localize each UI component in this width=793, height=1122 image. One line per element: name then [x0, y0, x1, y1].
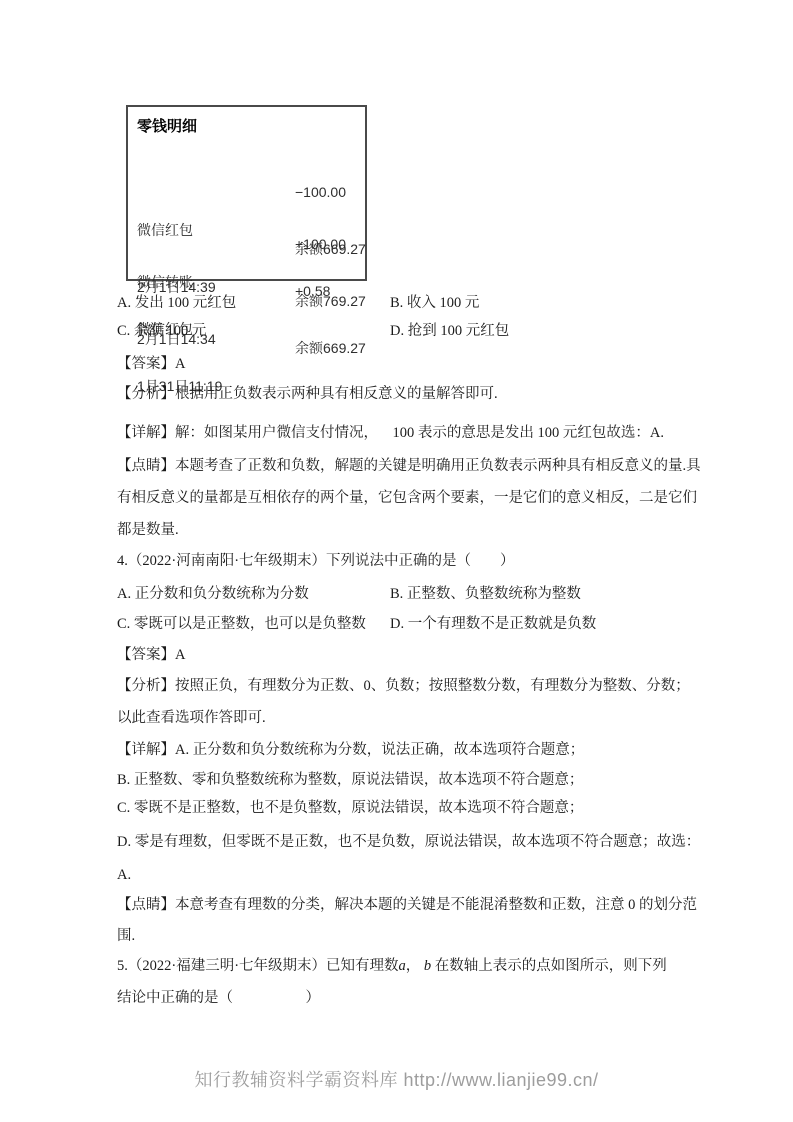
wechat-balance-panel: 零钱明细 微信红包 2月1日14:39 −100.00 余额669.27 微信转…	[126, 105, 367, 281]
q3-note-line: 【点睛】本题考查了正数和负数，解题的关键是明确用正负数表示两种具有相反意义的量.…	[117, 458, 701, 475]
q4-detail-line: A.	[117, 867, 131, 884]
q3-answer-line: 【答案】A	[117, 356, 185, 373]
q5-question-post: 在数轴上表示的点如图所示，则下列	[431, 958, 667, 974]
q4-note-line: 围.	[117, 928, 135, 945]
q3-option-c: C. 余额 100 元	[117, 323, 206, 340]
q5-question-pre: 5.（2022·福建三明·七年级期末）已知有理数	[117, 958, 399, 974]
q4-detail-line: 【详解】A. 正分数和负分数统称为分数，说法正确，故本选项符合题意；	[117, 742, 584, 759]
q4-detail-line: B. 正整数、零和负整数统称为整数，原说法错误，故本选项不符合题意；	[117, 772, 583, 789]
q3-detail-line: 【详解】解：如图某用户微信支付情况， 100 表示的意思是发出 100 元红包故…	[117, 425, 664, 442]
q5-question-line: 5.（2022·福建三明·七年级期末）已知有理数a， b 在数轴上表示的点如图所…	[117, 958, 667, 975]
document-page: 零钱明细 微信红包 2月1日14:39 −100.00 余额669.27 微信转…	[0, 0, 793, 1122]
q3-option-b: B. 收入 100 元	[390, 295, 479, 312]
q4-option-a: A. 正分数和负分数统称为分数	[117, 586, 309, 603]
q3-option-d: D. 抢到 100 元红包	[390, 323, 509, 340]
q3-note-line: 都是数量.	[117, 522, 179, 539]
panel-title: 零钱明细	[137, 115, 197, 136]
q5-question-comma: ，	[406, 958, 424, 974]
q4-option-d: D. 一个有理数不是正数就是负数	[390, 616, 596, 633]
q4-note-line: 【点睛】本意考查有理数的分类，解决本题的关键是不能混淆整数和正数，注意 0 的划…	[117, 897, 697, 914]
q4-option-b: B. 正整数、负整数统称为整数	[390, 586, 581, 603]
q4-detail-line: D. 零是有理数，但零既不是正数，也不是负数，原说法错误，故本选项不符合题意；故…	[117, 834, 700, 851]
q4-answer-line: 【答案】A	[117, 647, 185, 664]
q4-question: 4.（2022·河南南阳·七年级期末）下列说法中正确的是（ ）	[117, 553, 515, 570]
q4-analysis-line: 【分析】按照正负，有理数分为正数、0、负数；按照整数分数，有理数分为整数、分数；	[117, 678, 690, 695]
q4-analysis-line: 以此查看选项作答即可.	[117, 710, 266, 727]
q3-analysis-line: 【分析】根据用正负数表示两种具有相反意义的量解答即可.	[117, 386, 498, 403]
q4-option-c: C. 零既可以是正整数，也可以是负整数	[117, 616, 366, 633]
transaction-amount: +0.58	[295, 282, 366, 301]
q3-option-a: A. 发出 100 元红包	[117, 295, 236, 312]
footer-watermark: 知行教辅资料学霸资料库 http://www.lianjie99.cn/	[0, 1066, 793, 1092]
variable-a: a	[399, 958, 406, 974]
q3-note-line: 有相反意义的量都是互相依存的两个量，它包含两个要素，一是它们的意义相反，二是它们	[117, 490, 697, 507]
transaction-balance: 余额669.27	[295, 339, 366, 358]
q5-question-line: 结论中正确的是（ ）	[117, 990, 320, 1007]
q4-detail-line: C. 零既不是正整数，也不是负整数，原说法错误，故本选项不符合题意；	[117, 800, 583, 817]
